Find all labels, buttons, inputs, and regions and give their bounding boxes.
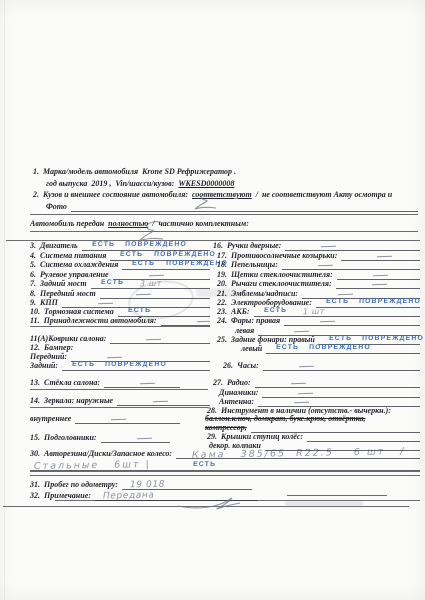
field-label: Система охлаждения xyxy=(40,260,118,270)
field-label: Пепельницы: xyxy=(231,260,278,270)
handwritten-dash xyxy=(321,246,336,248)
blank-line xyxy=(287,495,387,496)
present-stamp: ЕСТЬ xyxy=(326,298,350,306)
odometer-handwriting: 19 018 xyxy=(130,480,165,491)
blank-line: ЕСТЬПОВРЕЖДЕНО xyxy=(266,343,420,354)
blank-line xyxy=(104,377,180,388)
form-row: 13.Стёкла салона: xyxy=(30,378,180,388)
handwritten-dash xyxy=(320,321,335,323)
field-label: Принадлежности автомобиля: xyxy=(44,316,157,326)
damaged-stamp: ПОВРЕЖДЕНО xyxy=(359,298,421,306)
blank-line: 19 018 xyxy=(122,479,252,490)
photo-row: Фото xyxy=(46,202,418,212)
blank-line xyxy=(71,201,418,212)
item-number: 11. xyxy=(30,316,40,326)
item-number: 5. xyxy=(30,260,36,270)
present-stamp: ЕСТЬ xyxy=(72,361,96,369)
damaged-stamp: ПОВРЕЖДЕНО xyxy=(105,361,167,369)
blank-line xyxy=(75,413,180,424)
form-row: 14.Зеркала: наружные xyxy=(30,396,210,406)
field-label: левая xyxy=(235,326,254,336)
field-label: Кузов и внешнее состояние автомобиля: xyxy=(43,190,188,200)
item-number: 4. xyxy=(30,251,36,261)
year-value: 2019 , xyxy=(91,179,111,189)
item-number: 13. xyxy=(30,378,40,388)
handwritten-dash xyxy=(298,393,313,395)
item-1b-row: год выпуска 2019 , Vin/шасси/кузов: WKES… xyxy=(46,179,406,189)
item-number: 15. xyxy=(30,433,40,443)
item-number: 2. xyxy=(33,190,39,200)
item-2-row: 2. Кузов и внешнее состояние автомобиля:… xyxy=(33,190,421,200)
option-partially: частично комплектным: xyxy=(158,219,248,229)
photo-label: Фото xyxy=(46,202,67,212)
field-label: Стёкла салона: xyxy=(44,378,100,388)
field-label: декор. колпаки xyxy=(209,441,261,451)
blank-line: Стальные 6шт | ЕСТЬ xyxy=(30,460,420,471)
present-stamp: ЕСТЬ xyxy=(263,307,287,315)
item-number: 6. xyxy=(30,270,36,280)
item-number: 7. xyxy=(30,279,36,289)
transfer-row: Автомобиль передан полностью / частично … xyxy=(30,219,420,229)
blank-line xyxy=(30,326,210,327)
blank-line: ЕСТЬПОВРЕЖДЕНО xyxy=(62,360,210,371)
handwritten-dash xyxy=(338,293,353,295)
signature-flourish xyxy=(176,492,242,514)
vehicle-model-value: Krone SD Рефрижератор . xyxy=(142,167,236,177)
item-number: 19. xyxy=(217,270,227,280)
present-stamp: ЕСТЬ xyxy=(100,279,124,287)
field-label: Задний мост xyxy=(40,279,87,289)
blank-line xyxy=(30,471,420,472)
blank-line xyxy=(30,407,208,408)
item-number: 26. xyxy=(223,361,233,371)
handwritten-dash xyxy=(377,255,392,257)
field-label: Авторезина/Диски/Запасное колесо: xyxy=(44,449,172,459)
item-number: 32. xyxy=(30,491,40,501)
blank-line xyxy=(101,432,170,443)
handwritten-dash xyxy=(299,365,314,367)
item-number: 25. xyxy=(217,335,227,345)
handwritten-dash xyxy=(372,284,387,286)
watermark-smudge xyxy=(285,501,363,507)
field-label: год выпуска xyxy=(46,179,87,189)
present-stamp: ЕСТЬ xyxy=(120,251,144,259)
field-label: Зеркала: наружные xyxy=(44,396,113,406)
present-stamp: ЕСТЬ xyxy=(132,260,156,268)
form-row: 15.Подголовники: xyxy=(30,433,170,443)
form-row: 26.Часы: xyxy=(223,361,420,371)
damaged-stamp: ПОВРЕЖДЕНО xyxy=(125,241,187,249)
transfer-text: Автомобиль передан xyxy=(30,219,104,229)
item-number: 3. xyxy=(30,241,36,251)
blank-line xyxy=(265,440,420,451)
form-row: Задний:ЕСТЬПОВРЕЖДЕНО xyxy=(30,361,210,371)
field-label: Двигатель xyxy=(40,241,78,251)
field-label: Подголовники: xyxy=(44,433,97,443)
field-label: Система питания xyxy=(40,251,106,261)
handwritten-dash xyxy=(153,400,168,402)
item-number: 31. xyxy=(30,480,40,490)
item-number: 20. xyxy=(217,279,227,289)
field-label: Ручки дверные: xyxy=(227,241,281,251)
blank-line xyxy=(30,214,418,215)
field-label: Радио: xyxy=(227,378,251,388)
handwritten-dash xyxy=(197,320,210,321)
blank-line xyxy=(263,360,420,371)
form-row: внутреннее xyxy=(30,414,180,424)
handwritten-dash xyxy=(291,383,306,385)
field-label: Задний: xyxy=(30,361,58,371)
item-number: 18. xyxy=(217,260,227,270)
vin-label: Vin/шасси/кузов: xyxy=(115,179,174,189)
item-number: 17. xyxy=(217,251,227,261)
field-label: Пробег по одометру: xyxy=(44,480,118,490)
vin-value: WKESD0000008 xyxy=(178,179,234,189)
form-row: декор. колпаки xyxy=(209,441,420,451)
field-label: внутреннее xyxy=(30,414,71,424)
form-row: 11.Принадлежности автомобиля: xyxy=(30,316,210,326)
item-number: 1. xyxy=(33,167,39,177)
item-number: 22. xyxy=(217,298,227,308)
handwritten-dash xyxy=(149,274,164,276)
form-row: левыйЕСТЬПОВРЕЖДЕНО xyxy=(241,344,420,354)
present-stamp: ЕСТЬ xyxy=(91,241,115,249)
field-label: Щетки стеклоочистителя: xyxy=(231,270,333,280)
option-not-matches: не соответствуют Акту осмотра и xyxy=(262,190,392,200)
item-number: 24. xyxy=(217,316,227,326)
item-30-row-2: Стальные 6шт | ЕСТЬ xyxy=(30,461,420,471)
scan-edge xyxy=(4,0,5,600)
slash: / xyxy=(256,190,258,200)
present-stamp: ЕСТЬ xyxy=(128,307,152,315)
present-stamp: ЕСТЬ xyxy=(276,344,300,352)
item-1-row: 1. Марка/модель автомобиля Krone SD Рефр… xyxy=(33,167,413,177)
item-number: 14. xyxy=(30,396,40,406)
scanned-form: 1. Марка/модель автомобиля Krone SD Рефр… xyxy=(0,0,425,600)
field-label: Часы: xyxy=(237,361,259,371)
handwritten-dash xyxy=(373,274,388,276)
handwritten-dash xyxy=(318,265,333,267)
strike-flourish xyxy=(192,192,218,212)
handwritten-dash xyxy=(294,402,309,404)
item-number: 16. xyxy=(213,241,223,251)
damaged-stamp: ПОВРЕЖДЕНО xyxy=(153,251,215,259)
item-number: 30. xyxy=(30,449,40,459)
handwritten-dash xyxy=(140,383,155,385)
handwritten-dash xyxy=(146,338,161,340)
blank-line xyxy=(30,389,208,390)
field-label: Марка/модель автомобиля xyxy=(43,167,138,177)
damaged-stamp: ПОВРЕЖДЕНО xyxy=(309,344,371,352)
handwritten-dash xyxy=(107,356,122,358)
blank-line xyxy=(161,315,210,326)
handwritten-dash xyxy=(136,293,151,295)
item-31-row: 31. Пробег по одометру: 19 018 xyxy=(30,480,252,490)
handwritten-dash xyxy=(137,438,152,440)
blank-line xyxy=(30,475,420,476)
handwritten-dash xyxy=(98,302,113,304)
field-label: левый xyxy=(241,344,262,354)
handwritten-dash xyxy=(294,330,309,332)
blank-line xyxy=(117,395,210,406)
blank-line xyxy=(30,231,418,232)
item-number: 27. xyxy=(213,378,223,388)
handwritten-dash xyxy=(111,418,126,420)
present-stamp: ЕСТЬ xyxy=(193,461,217,469)
